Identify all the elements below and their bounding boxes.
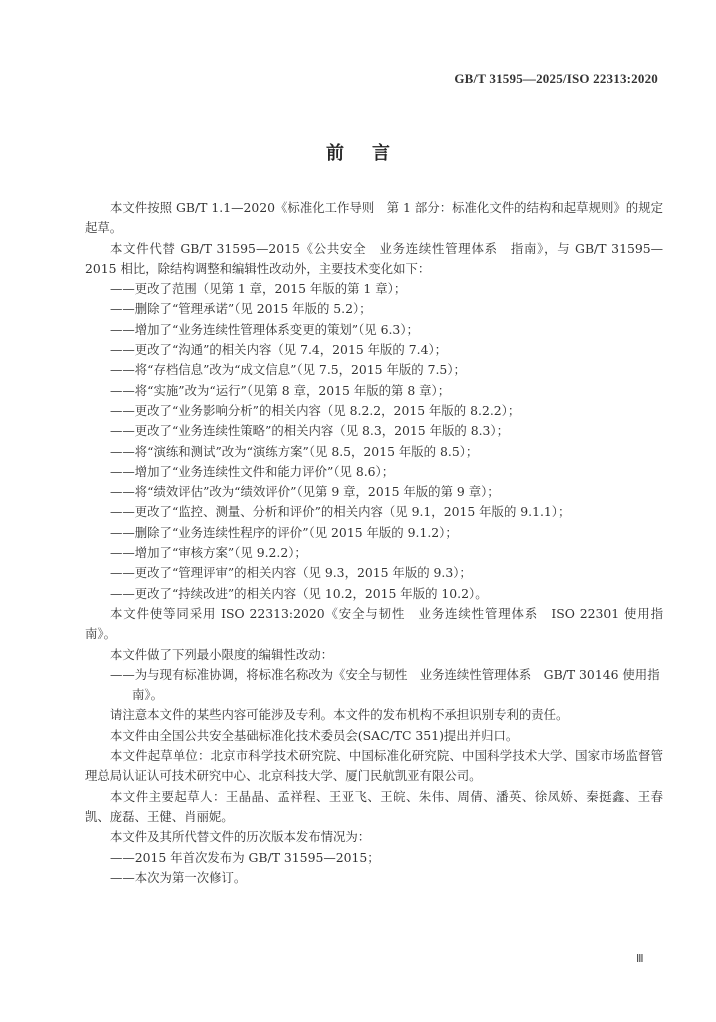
paragraph-history: 本文件及其所代替文件的历次版本发布情况为： (85, 827, 663, 847)
page-number: Ⅲ (636, 952, 644, 965)
list-item: ——将“演练和测试”改为“演练方案”（见 8.5，2015 年版的 8.5）； (85, 442, 663, 462)
list-item: ——更改了“沟通”的相关内容（见 7.4，2015 年版的 7.4）； (85, 340, 663, 360)
list-item: ——更改了“业务影响分析”的相关内容（见 8.2.2，2015 年版的 8.2.… (85, 401, 663, 421)
paragraph-patent-notice: 请注意本文件的某些内容可能涉及专利。本文件的发布机构不承担识别专利的责任。 (85, 705, 663, 725)
paragraph-editorial-changes: 本文件做了下列最小限度的编辑性改动： (85, 645, 663, 665)
standard-number-header: GB/T 31595—2025/ISO 22313:2020 (454, 71, 658, 87)
list-item: ——本次为第一次修订。 (85, 868, 663, 888)
paragraph-drafting-units: 本文件起草单位：北京市科学技术研究院、中国标准化研究院、中国科学技术大学、国家市… (85, 746, 663, 787)
paragraph-drafting-basis: 本文件按照 GB/T 1.1—2020《标准化工作导则 第 1 部分：标准化文件… (85, 198, 663, 239)
list-item: ——将“实施”改为“运行”（见第 8 章，2015 年版的第 8 章）； (85, 381, 663, 401)
list-item: ——删除了“业务连续性程序的评价”（见 2015 年版的 9.1.2）； (85, 523, 663, 543)
list-item: ——增加了“审核方案”（见 9.2.2）； (85, 543, 663, 563)
changes-list: ——更改了范围（见第 1 章，2015 年版的第 1 章）； ——删除了“管理承… (85, 279, 663, 604)
list-item: ——2015 年首次发布为 GB/T 31595—2015； (85, 848, 663, 868)
list-item: ——增加了“业务连续性管理体系变更的策划”（见 6.3）； (85, 320, 663, 340)
paragraph-drafters: 本文件主要起草人：王晶晶、孟祥程、王亚飞、王皖、朱伟、周倩、潘英、徐凤娇、秦挺鑫… (85, 787, 663, 828)
paragraph-iso-adoption: 本文件使等同采用 ISO 22313:2020《安全与韧性 业务连续性管理体系 … (85, 604, 663, 645)
paragraph-replaces: 本文件代替 GB/T 31595—2015《公共安全 业务连续性管理体系 指南》… (85, 239, 663, 280)
page-title: 前言 (0, 139, 716, 165)
foreword-body: 本文件按照 GB/T 1.1—2020《标准化工作导则 第 1 部分：标准化文件… (85, 198, 663, 888)
list-item: ——增加了“业务连续性文件和能力评价”（见 8.6）； (85, 462, 663, 482)
list-item: ——更改了“持续改进”的相关内容（见 10.2，2015 年版的 10.2）。 (85, 584, 663, 604)
list-item: ——更改了范围（见第 1 章，2015 年版的第 1 章）； (85, 279, 663, 299)
list-item: ——删除了“管理承诺”（见 2015 年版的 5.2）； (85, 299, 663, 319)
list-item: ——将“绩效评估”改为“绩效评价”（见第 9 章，2015 年版的第 9 章）； (85, 482, 663, 502)
paragraph-proposed-by: 本文件由全国公共安全基础标准化技术委员会(SAC/TC 351)提出并归口。 (85, 726, 663, 746)
list-item: ——更改了“管理评审”的相关内容（见 9.3，2015 年版的 9.3）； (85, 563, 663, 583)
list-item: ——为与现有标准协调，将标准名称改为《安全与韧性 业务连续性管理体系 GB/T … (85, 665, 663, 706)
list-item: ——更改了“监控、测量、分析和评价”的相关内容（见 9.1，2015 年版的 9… (85, 502, 663, 522)
list-item: ——将“存档信息”改为“成文信息”（见 7.5，2015 年版的 7.5）； (85, 360, 663, 380)
list-item: ——更改了“业务连续性策略”的相关内容（见 8.3，2015 年版的 8.3）； (85, 421, 663, 441)
